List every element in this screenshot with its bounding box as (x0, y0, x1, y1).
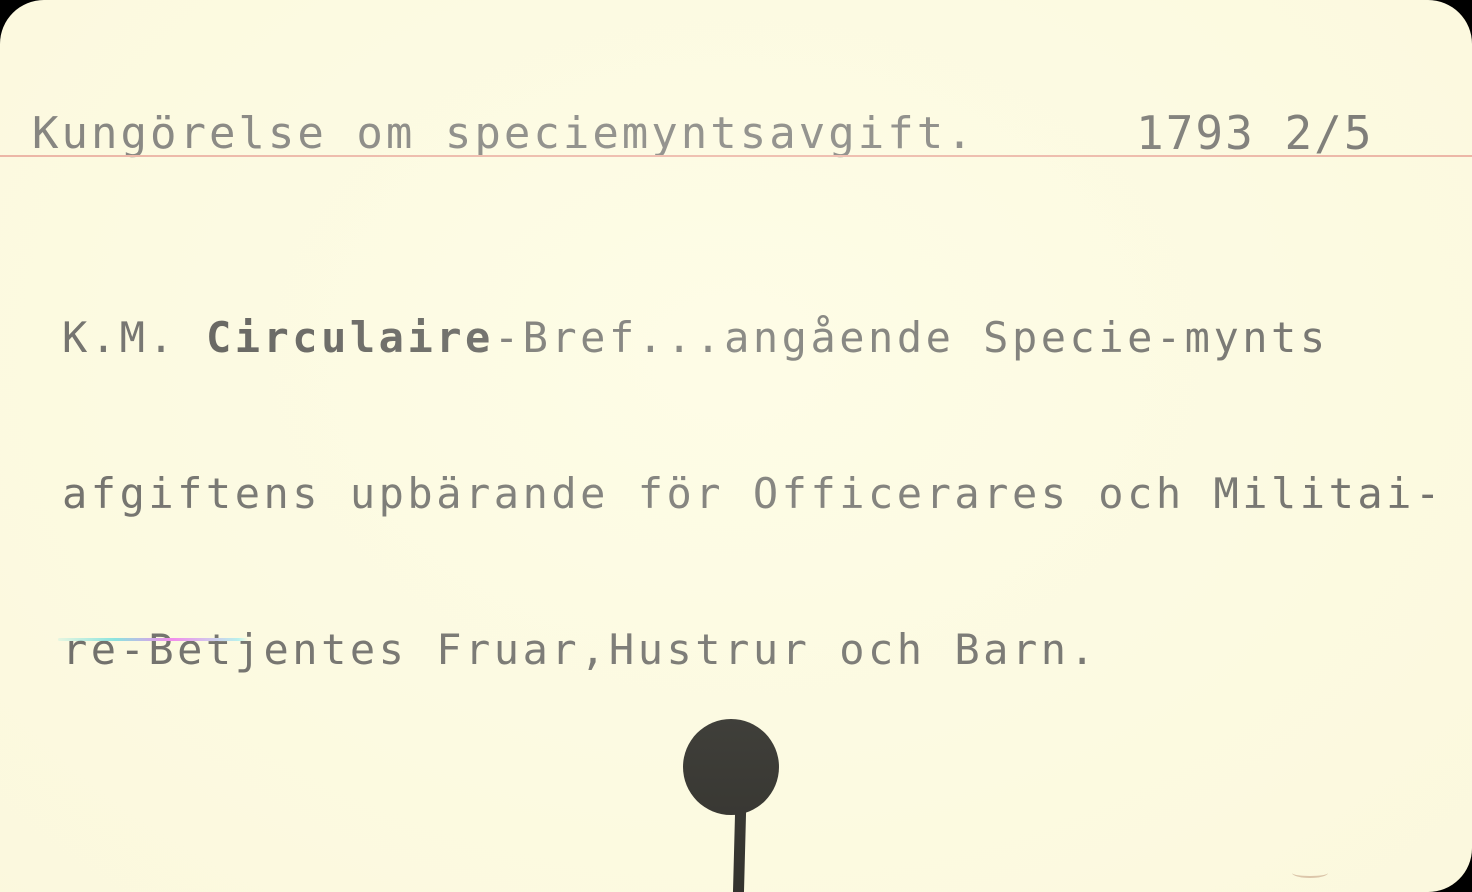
ink-smudge (1292, 868, 1328, 878)
body-line-lead: K.M. (62, 313, 206, 362)
body-line: re-Betjentes Fruar,Hustrur och Barn. (62, 624, 1444, 676)
card-body: K.M. Circulaire-Bref...angående Specie-m… (62, 208, 1444, 780)
punch-hole (683, 719, 779, 815)
body-line-rest: re-Betjentes Fruar,Hustrur och Barn. (62, 625, 1098, 674)
card-heading: Kungörelse om speciemyntsavgift. 1793 2/… (0, 100, 1472, 160)
body-line: K.M. Circulaire-Bref...angående Specie-m… (62, 312, 1444, 364)
pen-mark (58, 638, 248, 641)
body-line: afgiftens upbärande för Officerares och … (62, 468, 1444, 520)
red-ruling-line (0, 155, 1472, 157)
heading-date: 1793 2/5 (1136, 106, 1374, 160)
body-line-rest: afgiftens upbärande för Officerares och … (62, 469, 1444, 518)
catalog-card: Kungörelse om speciemyntsavgift. 1793 2/… (0, 0, 1472, 892)
card-rod (733, 808, 746, 892)
body-line-rest: -Bref...angående Specie-mynts (494, 313, 1329, 362)
body-line-emphasis: Circulaire (206, 313, 494, 362)
heading-title: Kungörelse om speciemyntsavgift. (32, 108, 976, 159)
